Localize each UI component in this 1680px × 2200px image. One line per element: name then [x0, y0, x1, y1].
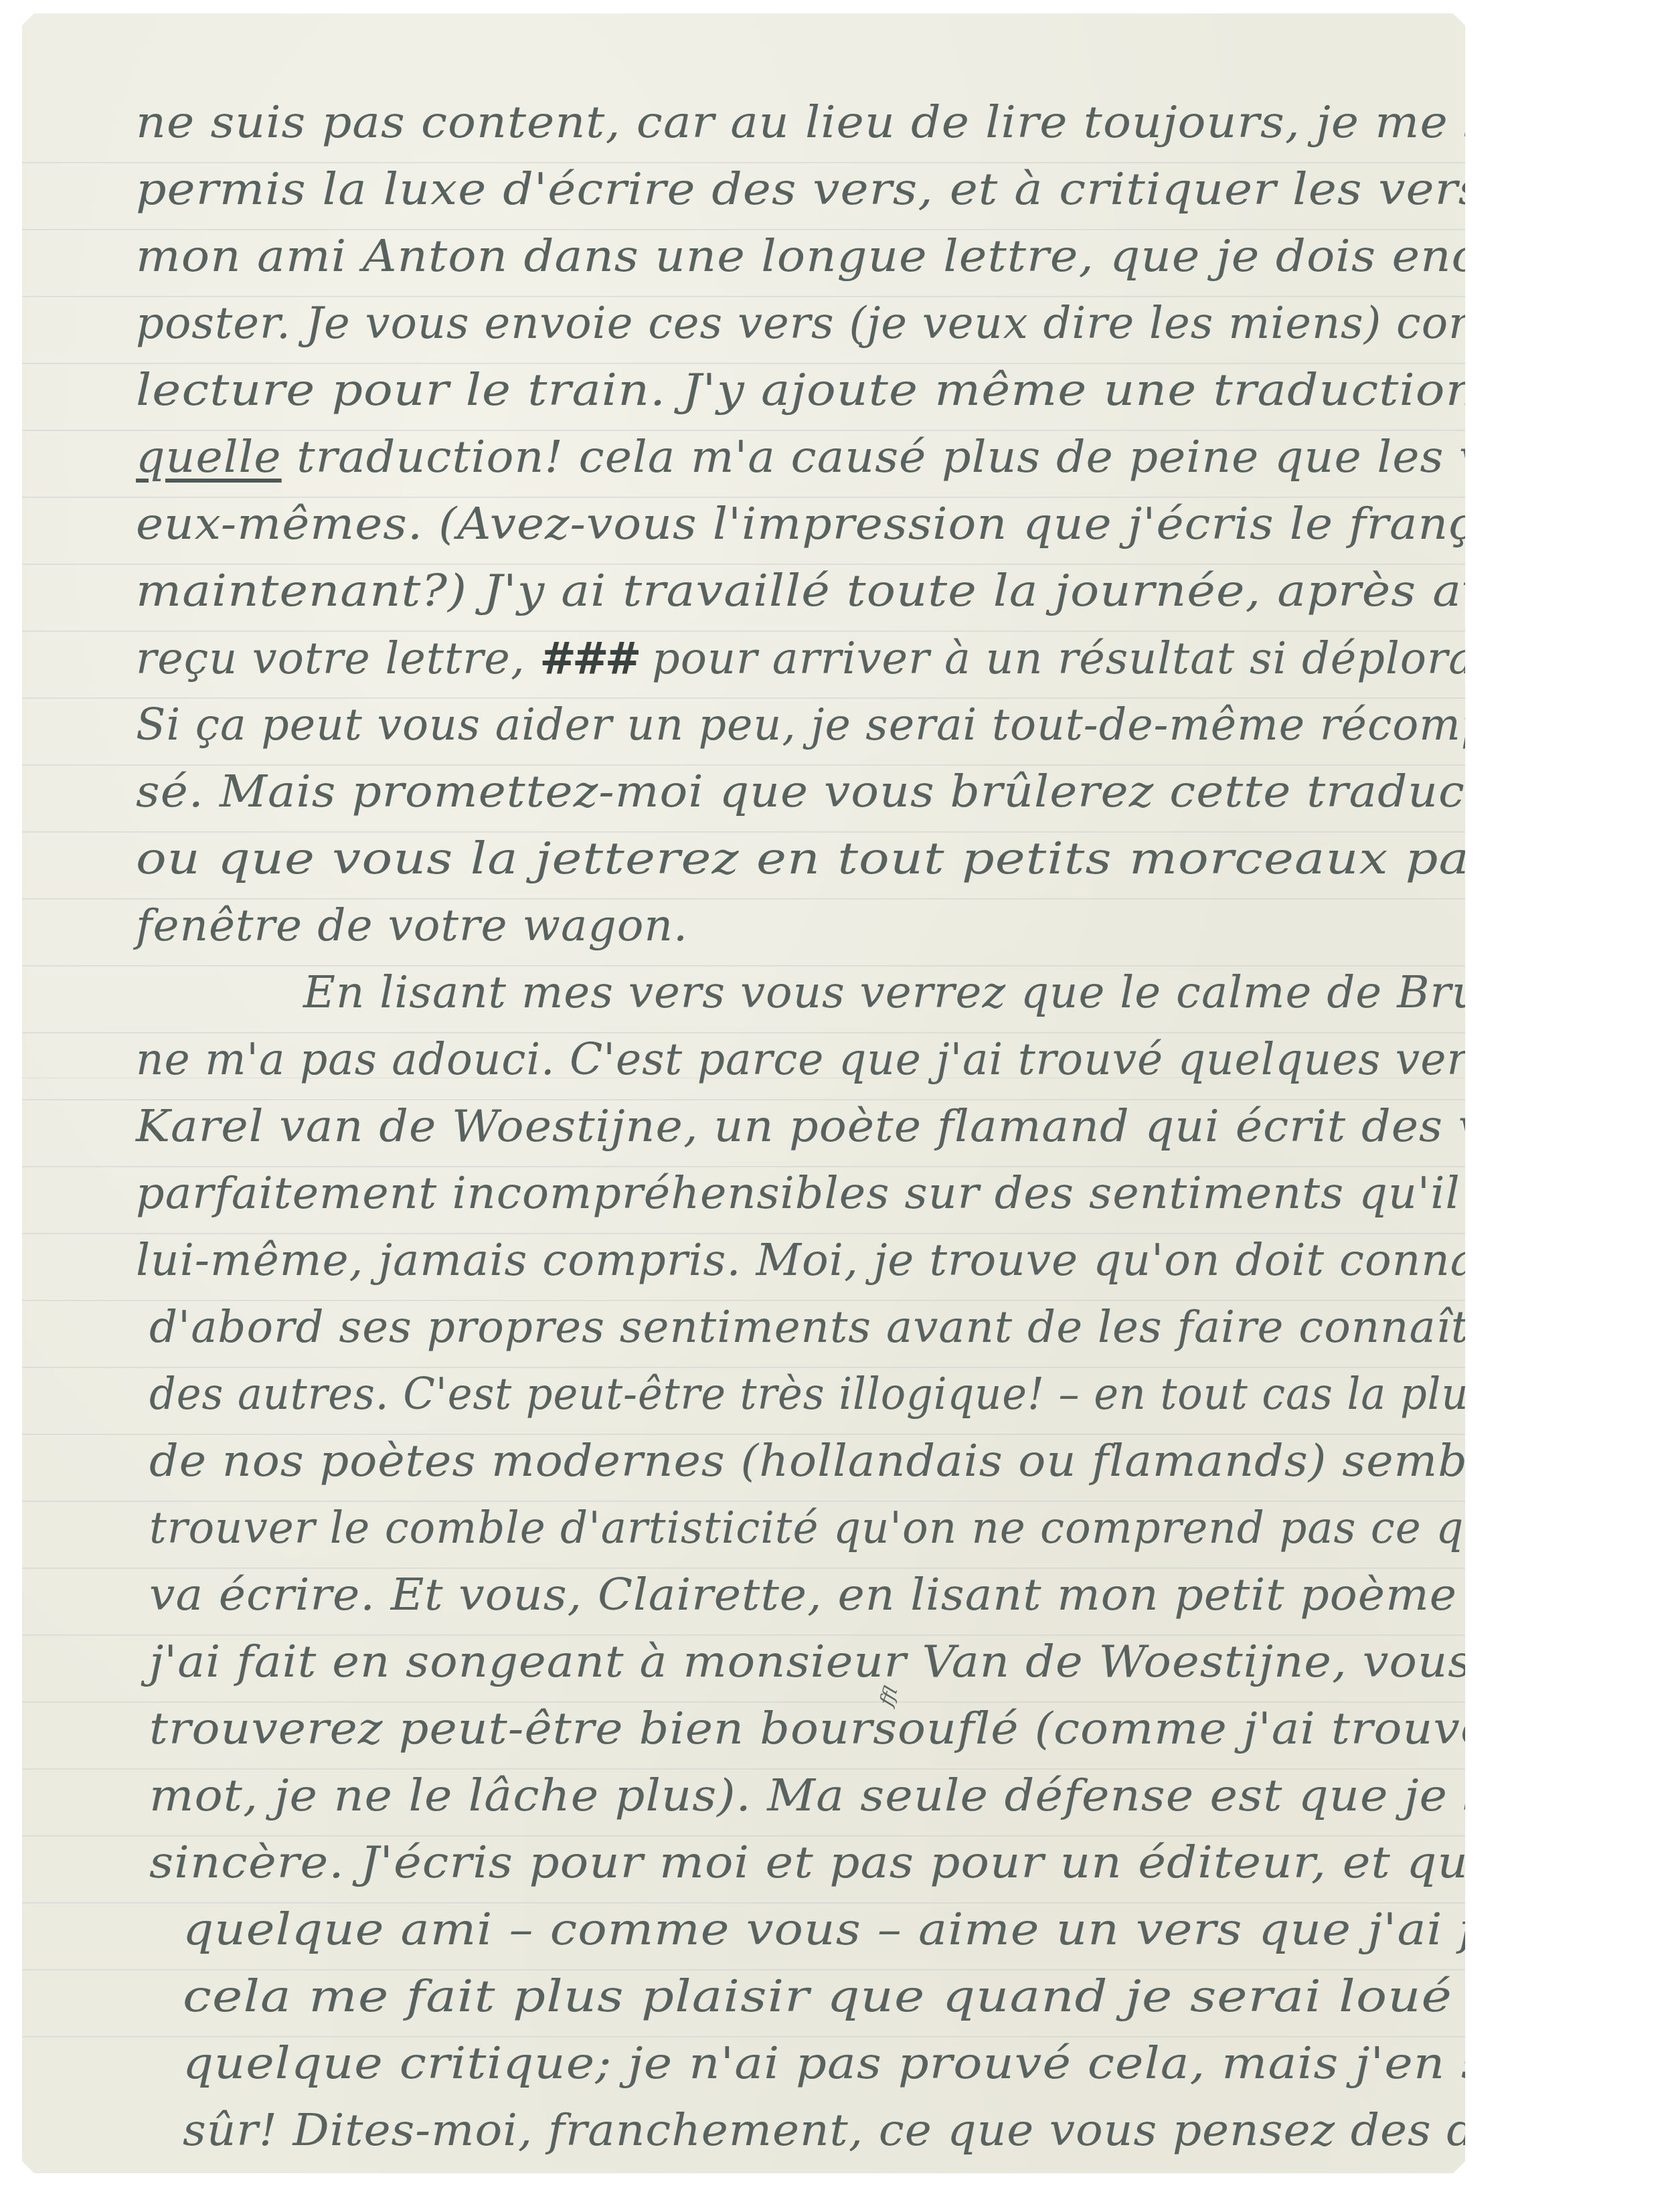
text-line: mon ami Anton dans une longue lettre, qu… [136, 234, 1560, 278]
text-line: cela me fait plus plaisir que quand je s… [183, 1974, 1560, 2019]
text-line: mot, je ne le lâche plus). Ma seule défe… [149, 1774, 1560, 1818]
text-line-indented: En lisant mes vers vous verrez que le ca… [303, 970, 1560, 1015]
underlined-word: quelle [136, 431, 282, 483]
text-line: ou que vous la jetterez en tout petits m… [136, 837, 1560, 881]
text-line: quelque critique; je n'ai pas prouvé cel… [183, 2041, 1560, 2086]
text-line: fenêtre de votre wagon. [136, 904, 688, 948]
text-line-rest: traduction! cela m'a causé plus de peine… [297, 431, 1560, 483]
text-line: Si ça peut vous aider un peu, je serai t… [136, 703, 1560, 747]
text-line: Karel van de Woestijne, un poète flamand… [136, 1104, 1559, 1149]
text-line: ne suis pas content, car au lieu de lire… [136, 100, 1560, 145]
text-line: reçu votre lettre, ### pour arriver à un… [136, 636, 1560, 681]
text-line: trouver le comble d'artisticité qu'on ne… [149, 1506, 1560, 1550]
text-line: va écrire. Et vous, Clairette, en lisant… [149, 1573, 1560, 1617]
text-line: ne m'a pas adouci. C'est parce que j'ai … [136, 1037, 1560, 1082]
text-line: lui-même, jamais compris. Moi, je trouve… [136, 1238, 1560, 1282]
text-line: lecture pour le train. J'y ajoute même u… [136, 368, 1560, 412]
text-line: permis la luxe d'écrire des vers, et à c… [136, 167, 1560, 211]
text-line: poster. Je vous envoie ces vers (je veux… [136, 301, 1560, 345]
text-line: trouverez peut-être bien boursouflé (com… [149, 1707, 1560, 1751]
text-line-end: pour arriver à un résultat si déplorable… [652, 632, 1560, 684]
text-line: d'abord ses propres sentiments avant de … [149, 1305, 1560, 1349]
text-line: parfaitement incompréhensibles sur des s… [136, 1171, 1560, 1215]
text-line: de nos poètes modernes (hollandais ou fl… [149, 1439, 1560, 1483]
text-line: des autres. C'est peut-être très illogiq… [149, 1372, 1560, 1416]
text-line: quelle traduction! cela m'a causé plus d… [136, 435, 1560, 479]
text-line: j'ai fait en songeant à monsieur Van de … [149, 1640, 1560, 1684]
text-line: eux-mêmes. (Avez-vous l'impression que j… [136, 502, 1560, 546]
letter-sheet: ne suis pas content, car au lieu de lire… [22, 13, 1465, 2173]
text-line: sûr! Dites-moi, franchement, ce que vous… [183, 2108, 1560, 2152]
text-line: maintenant?) J'y ai travaillé toute la j… [136, 569, 1560, 613]
text-line: sé. Mais promettez-moi que vous brûlerez… [136, 770, 1560, 814]
text-line-start: reçu votre lettre, [136, 632, 525, 684]
text-line: sincère. J'écris pour moi et pas pour un… [149, 1841, 1560, 1885]
text-line: quelque ami – comme vous – aime un vers … [183, 1908, 1560, 1952]
struck-out-word: ### [539, 636, 637, 680]
rule-line [22, 630, 1465, 632]
